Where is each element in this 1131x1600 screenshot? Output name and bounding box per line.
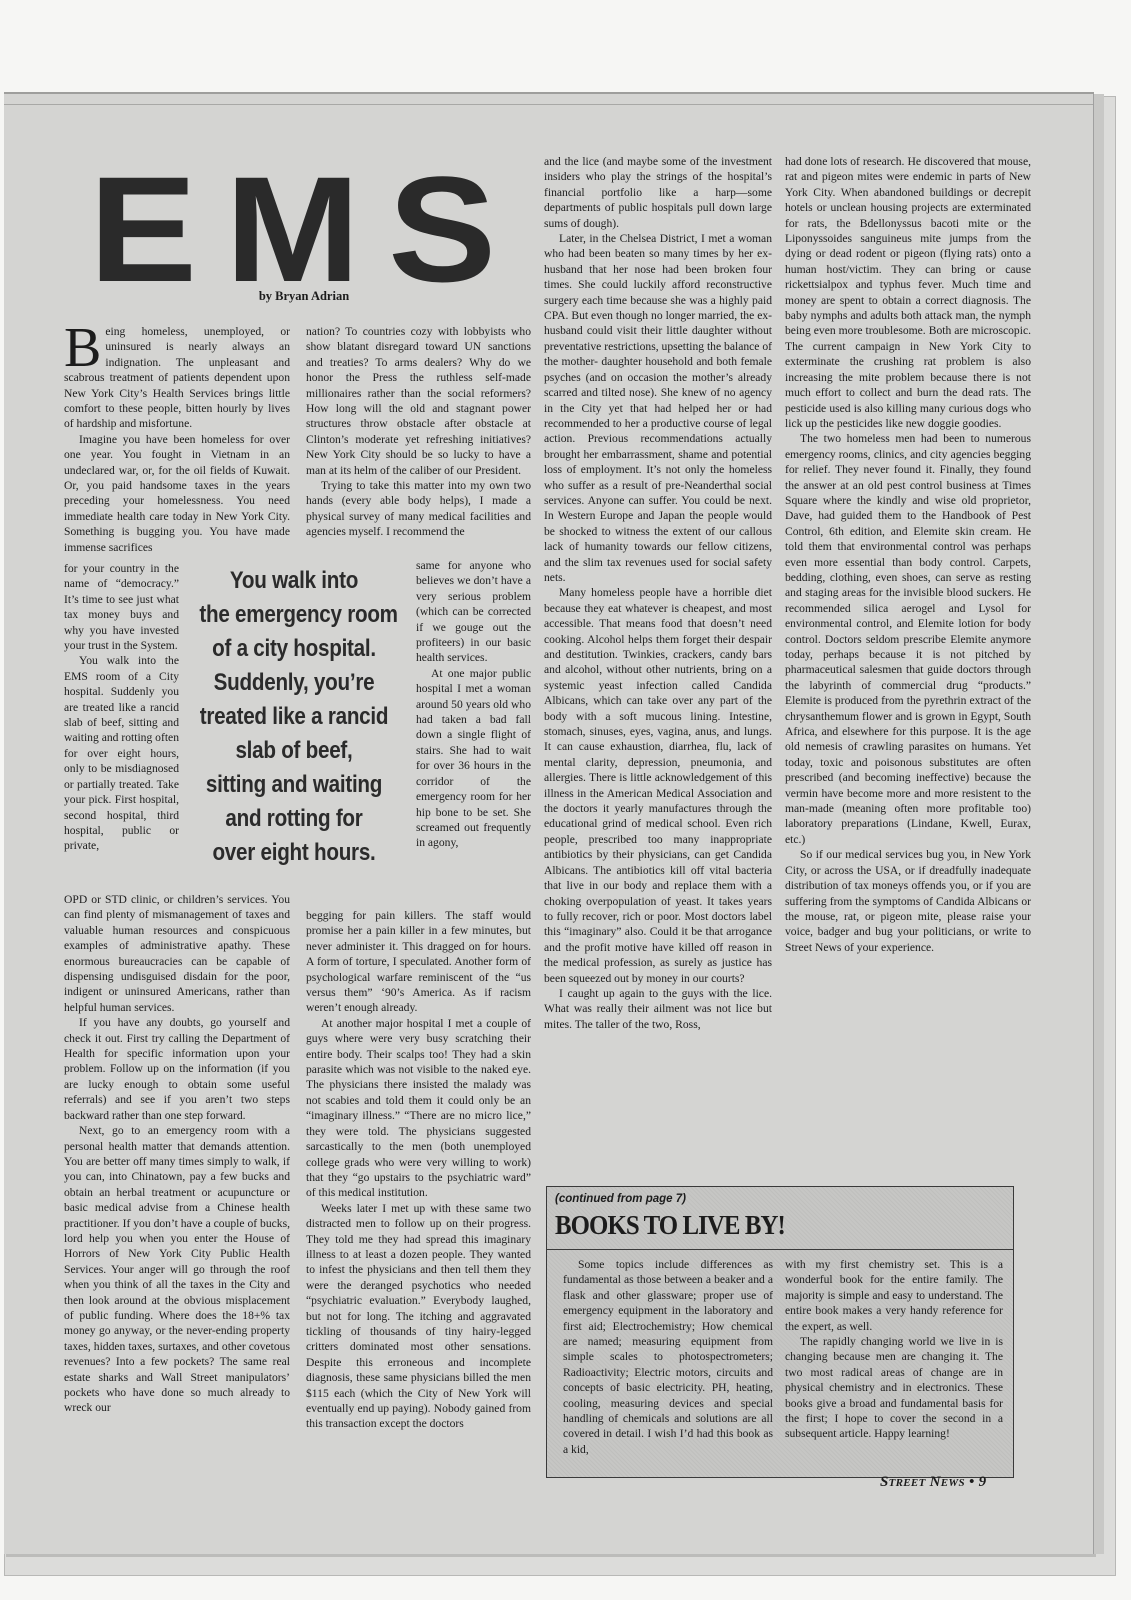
sidebar-column-2: with my first chemistry set. This is a w… [785, 1257, 1003, 1442]
newspaper-page: EMS by Bryan Adrian Being homeless, unem… [4, 92, 1094, 1554]
article-column-1-bottom: OPD or STD clinic, or children’s service… [64, 892, 290, 1416]
paragraph: had done lots of research. He discovered… [785, 154, 1031, 431]
page-edge [1093, 94, 1104, 1554]
footer-separator: • [969, 1474, 975, 1490]
paragraph: begging for pain killers. The staff woul… [306, 908, 531, 1016]
pull-quote: You walk into the emergency room of a ci… [199, 564, 388, 870]
continued-from-label: (continued from page 7) [555, 1193, 686, 1205]
paragraph: and the lice (and maybe some of the inve… [544, 154, 772, 231]
article-headline: EMS [89, 154, 575, 304]
article-column-4: had done lots of research. He discovered… [785, 154, 1031, 955]
sidebar-header: (continued from page 7) BOOKS TO LIVE BY… [547, 1187, 1013, 1250]
paragraph: OPD or STD clinic, or children’s service… [64, 892, 290, 1015]
paragraph: Next, go to an emergency room with a per… [64, 1123, 290, 1416]
paragraph: nation? To countries cozy with lobbyists… [306, 324, 531, 478]
paragraph: At one major public hospital I met a wom… [416, 666, 531, 851]
article-column-3: and the lice (and maybe some of the inve… [544, 154, 772, 1032]
paragraph: So if our medical services bug you, in N… [785, 847, 1031, 955]
article-column-1-top: Being homeless, unemployed, or uninsured… [64, 324, 290, 555]
paragraph: I caught up again to the guys with the l… [544, 986, 772, 1032]
article-column-1-narrow: for your country in the name of “democra… [64, 561, 179, 854]
article-byline: by Bryan Adrian [64, 289, 544, 304]
paragraph: Imagine you have been homeless for over … [64, 432, 290, 555]
article-column-2-bottom: begging for pain killers. The staff woul… [306, 908, 531, 1432]
sidebar-column-1: Some topics include differences as funda… [563, 1257, 773, 1457]
paragraph: Some topics include differences as funda… [563, 1257, 773, 1457]
page-number: 9 [979, 1474, 987, 1490]
paragraph: Later, in the Chelsea District, I met a … [544, 231, 772, 585]
paragraph: Many homeless people have a horrible die… [544, 585, 772, 986]
article-column-2-top: nation? To countries cozy with lobbyists… [306, 324, 531, 540]
paragraph: If you have any doubts, go yourself and … [64, 1015, 290, 1123]
paragraph: Weeks later I met up with these same two… [306, 1201, 531, 1432]
sidebar-title: BOOKS TO LIVE BY! [555, 1210, 785, 1241]
publication-name: Street News [880, 1474, 965, 1490]
paragraph: Trying to take this matter into my own t… [306, 478, 531, 540]
paragraph: The two homeless men had been to numerou… [785, 431, 1031, 847]
article-column-2-narrow: same for anyone who believes we don’t ha… [416, 558, 531, 851]
books-to-live-by-sidebar: (continued from page 7) BOOKS TO LIVE BY… [546, 1186, 1014, 1478]
paragraph: same for anyone who believes we don’t ha… [416, 558, 531, 666]
paragraph: The rapidly changing world we live in is… [785, 1334, 1003, 1442]
top-rule [4, 104, 1094, 105]
paragraph: At another major hospital I met a couple… [306, 1016, 531, 1201]
drop-cap: B [64, 326, 101, 370]
paragraph: Being homeless, unemployed, or uninsured… [64, 324, 290, 432]
paragraph: with my first chemistry set. This is a w… [785, 1257, 1003, 1334]
page-footer: Street News • 9 [880, 1474, 986, 1491]
paragraph: for your country in the name of “democra… [64, 561, 179, 653]
paragraph: You walk into the EMS room of a City hos… [64, 653, 179, 853]
